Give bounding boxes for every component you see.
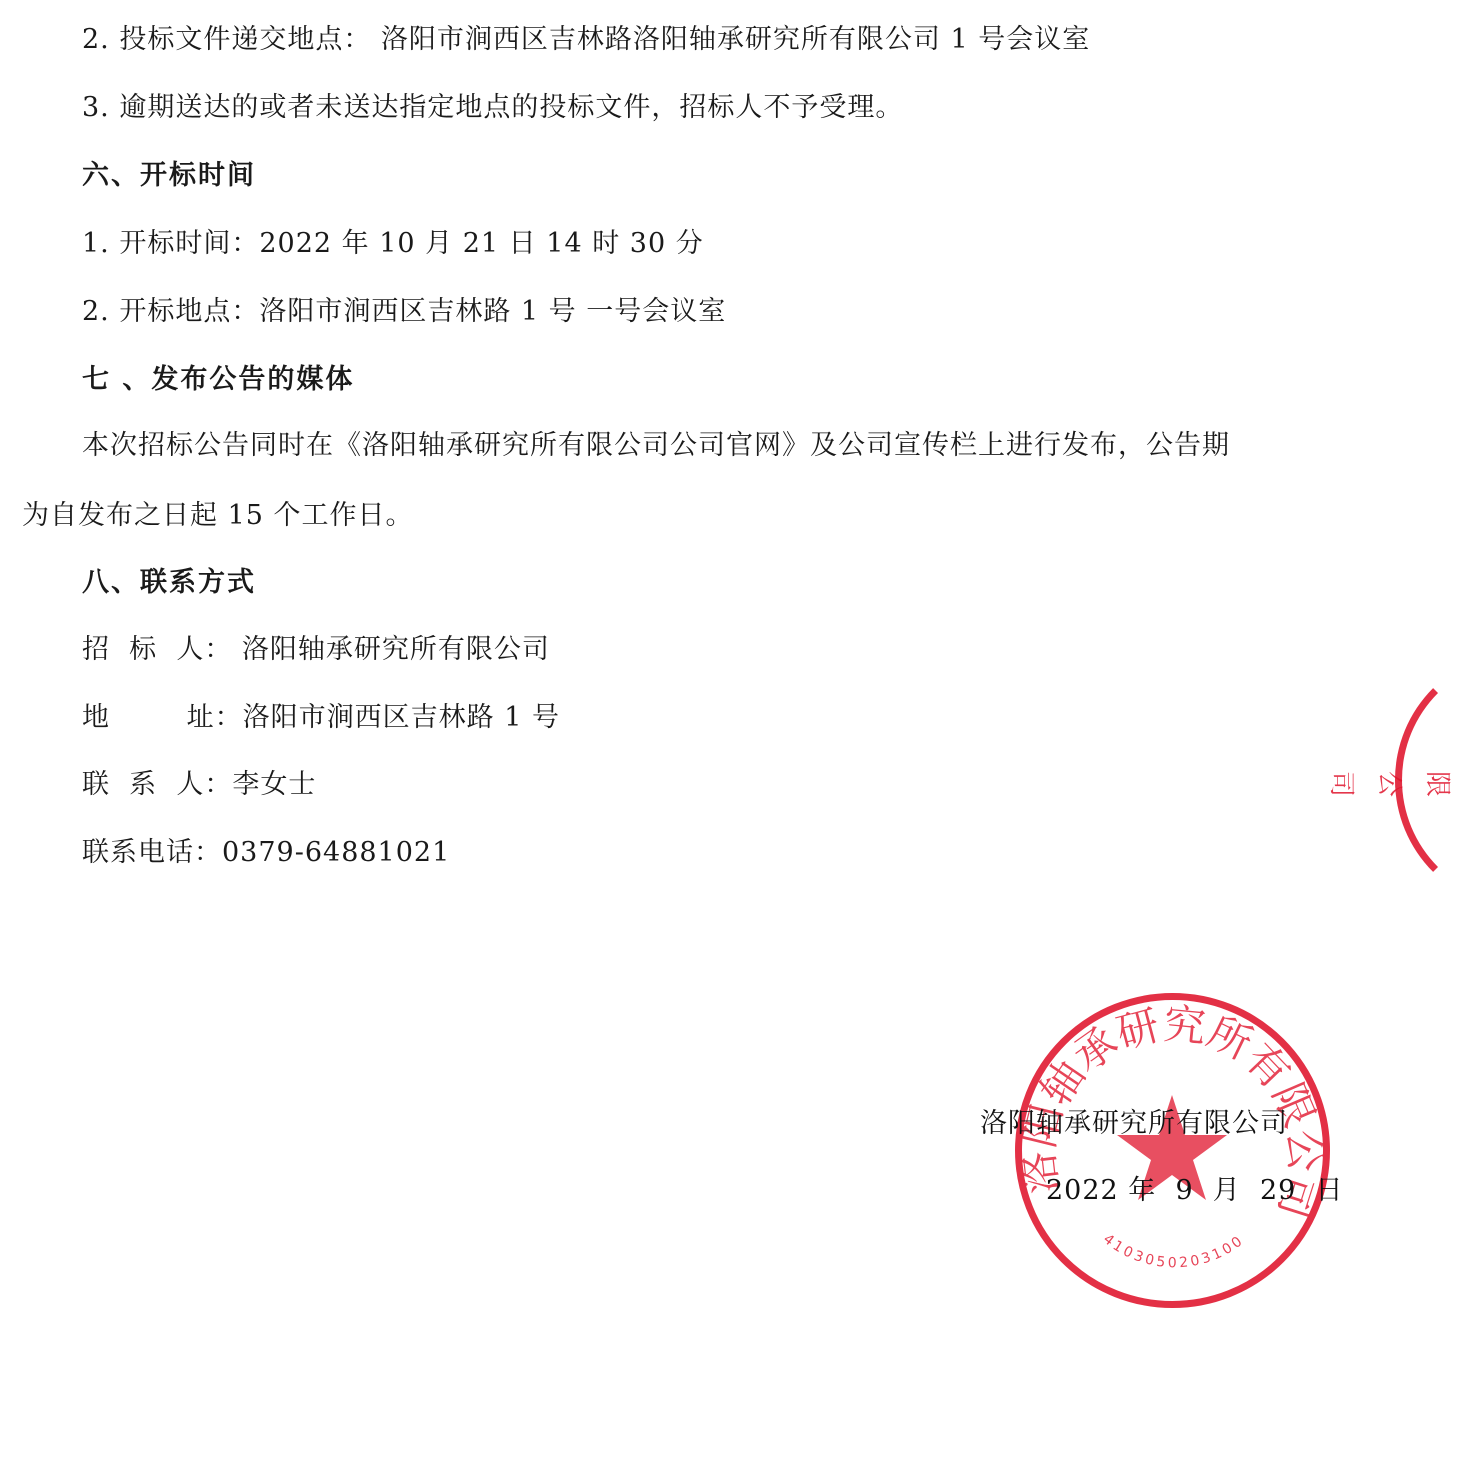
contact-value: 洛阳市涧西区吉林路 1 号 [243, 702, 560, 733]
opening-location: 2. 开标地点：洛阳市涧西区吉林路 1 号 一号会议室 [82, 294, 726, 330]
contact-label: 联 系 人： [82, 769, 232, 800]
bid-delivery-location: 2. 投标文件递交地点： 洛阳市涧西区吉林路洛阳轴承研究所有限公司 1 号会议室 [82, 22, 1090, 58]
opening-time: 1. 开标时间：2022 年 10 月 21 日 14 时 30 分 [82, 226, 704, 262]
contact-value: 李女士 [232, 769, 316, 800]
contact-label: 联系电话： [82, 837, 222, 868]
contact-label: 招 标 人： [82, 634, 232, 665]
contact-person: 联 系 人：李女士 [82, 767, 316, 803]
contact-address: 地 址：洛阳市涧西区吉林路 1 号 [82, 700, 560, 736]
section-7-heading: 七 、发布公告的媒体 [82, 362, 354, 398]
partial-seal-text: 有限公司 [1317, 771, 1464, 801]
seal-star-icon: 洛阳轴承研究所有限公司 4103050203100 [1022, 1000, 1323, 1301]
section-8-heading: 八、联系方式 [82, 565, 256, 601]
section-6-heading: 六、开标时间 [82, 158, 256, 194]
late-submission-rule: 3. 逾期送达的或者未送达指定地点的投标文件，招标人不予受理。 [82, 90, 903, 126]
contact-value: 0379-64881021 [222, 837, 450, 868]
signature-company: 洛阳轴承研究所有限公司 [980, 1106, 1288, 1142]
contact-tenderer: 招 标 人： 洛阳轴承研究所有限公司 [82, 632, 550, 668]
contact-phone: 联系电话：0379-64881021 [82, 835, 450, 871]
svg-text:4103050203100: 4103050203100 [1100, 1231, 1248, 1271]
publication-paragraph-line1: 本次招标公告同时在《洛阳轴承研究所有限公司公司官网》及公司宣传栏上进行发布，公告… [82, 428, 1230, 464]
company-seal-stamp: 洛阳轴承研究所有限公司 4103050203100 [1015, 993, 1330, 1308]
publication-paragraph-line2: 为自发布之日起 15 个工作日。 [22, 498, 414, 534]
signature-date: 2022 年 9 月 29 日 [1046, 1173, 1344, 1209]
contact-label: 地 址： [82, 702, 243, 733]
contact-value: 洛阳轴承研究所有限公司 [232, 634, 550, 665]
